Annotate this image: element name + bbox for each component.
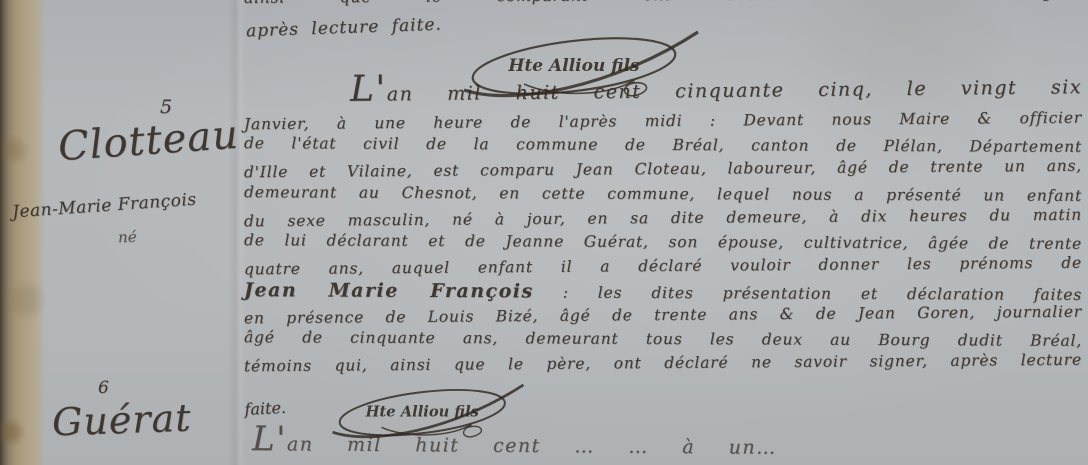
previous-act-closing-line: après lecture faite.: [246, 15, 442, 42]
next-act-cut-line: L'an mil huit cent … … à un…: [252, 433, 1080, 461]
margin-act5-surname: Clotteau: [57, 112, 241, 171]
act5-opening-line: L'an mil huit cent cinquante cinq, le vi…: [350, 76, 1082, 106]
signature-text: Hte Alliou fils: [365, 404, 479, 421]
act5-body: Janvier, à une heure de l'après midi : D…: [244, 112, 1082, 402]
registry-page-scan: ainsi que le comparant ont déclaré ne sa…: [0, 0, 1088, 465]
margin-act6-surname: Guérat: [51, 396, 192, 445]
act5-child-name: Jean Marie François: [244, 279, 534, 302]
margin-act5-note: né: [118, 228, 137, 247]
margin-act5-number: 5: [160, 96, 172, 118]
signature-text: Hte Alliou fils: [507, 56, 640, 76]
previous-act-cut-line: ainsi que le comparant ont déclaré ne sa…: [244, 0, 1082, 7]
page-binding-edge: [0, 0, 46, 465]
margin-act6-number: 6: [98, 378, 109, 398]
official-signature-act5: Hte Alliou fils: [330, 380, 526, 442]
signature-flourish-icon: Hte Alliou fils: [330, 380, 526, 442]
act5-after-name: : les dites présentation et déclaration …: [563, 284, 1082, 304]
